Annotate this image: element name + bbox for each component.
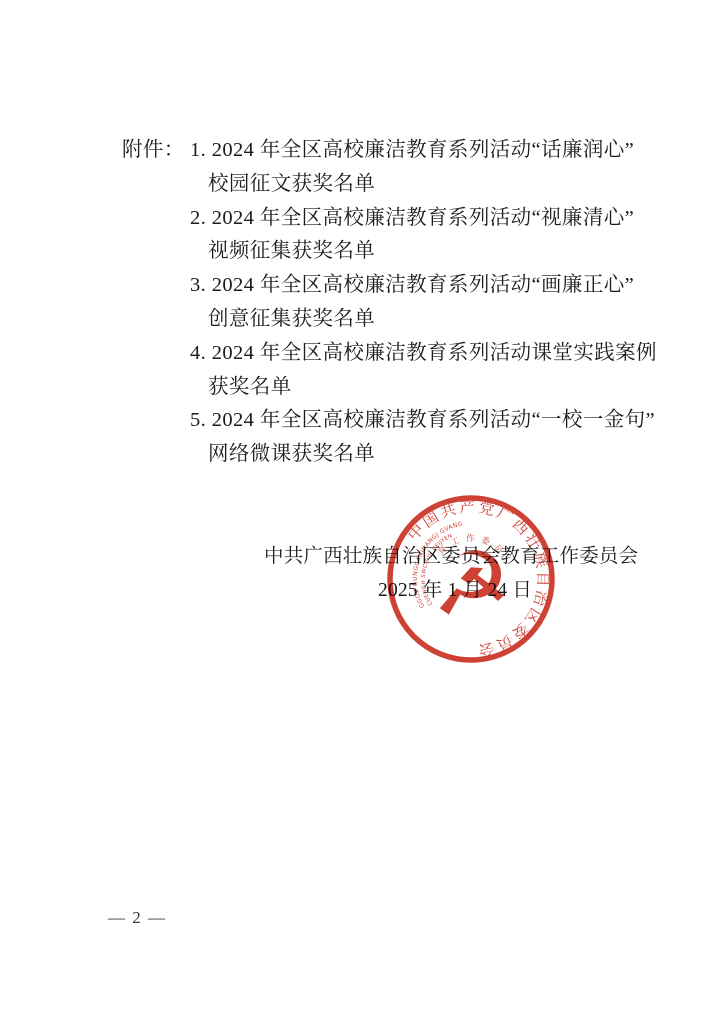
- signature-date: 2025 年 1 月 24 日: [378, 574, 532, 602]
- attachments-list: 1. 2024 年全区高校廉洁教育系列活动“话廉润心” 校园征文获奖名单 2. …: [190, 134, 657, 472]
- attachment-item-4-line1: 4. 2024 年全区高校廉洁教育系列活动课堂实践案例: [190, 337, 657, 371]
- document-page: 附件： 1. 2024 年全区高校廉洁教育系列活动“话廉润心” 校园征文获奖名单…: [0, 0, 719, 1018]
- attachment-item-3-line2: 创意征集获奖名单: [190, 303, 657, 337]
- attachment-item-2-line2: 视频征集获奖名单: [190, 235, 657, 269]
- attachment-item-3-line1: 3. 2024 年全区高校廉洁教育系列活动“画廉正心”: [190, 269, 657, 303]
- attachment-item-2: 2. 2024 年全区高校廉洁教育系列活动“视廉清心” 视频征集获奖名单: [190, 202, 657, 270]
- attachment-item-4-line2: 获奖名单: [190, 371, 657, 405]
- attachment-item-3: 3. 2024 年全区高校廉洁教育系列活动“画廉正心” 创意征集获奖名单: [190, 269, 657, 337]
- attachments-block: 附件： 1. 2024 年全区高校廉洁教育系列活动“话廉润心” 校园征文获奖名单…: [122, 134, 657, 472]
- attachment-item-1-line1: 1. 2024 年全区高校廉洁教育系列活动“话廉润心”: [190, 134, 657, 168]
- attachment-item-5-line1: 5. 2024 年全区高校廉洁教育系列活动“一校一金句”: [190, 404, 657, 438]
- signature-organization: 中共广西壮族自治区委员会教育工作委员会: [264, 540, 638, 568]
- attachment-item-4: 4. 2024 年全区高校廉洁教育系列活动课堂实践案例 获奖名单: [190, 337, 657, 405]
- page-number: — 2 —: [108, 908, 167, 928]
- attachment-item-1-line2: 校园征文获奖名单: [190, 168, 657, 202]
- attachment-item-1: 1. 2024 年全区高校廉洁教育系列活动“话廉润心” 校园征文获奖名单: [190, 134, 657, 202]
- attachment-item-5-line2: 网络微课获奖名单: [190, 438, 657, 472]
- attachments-label: 附件：: [122, 134, 185, 168]
- attachment-item-5: 5. 2024 年全区高校廉洁教育系列活动“一校一金句” 网络微课获奖名单: [190, 404, 657, 472]
- attachment-item-2-line1: 2. 2024 年全区高校廉洁教育系列活动“视廉清心”: [190, 202, 657, 236]
